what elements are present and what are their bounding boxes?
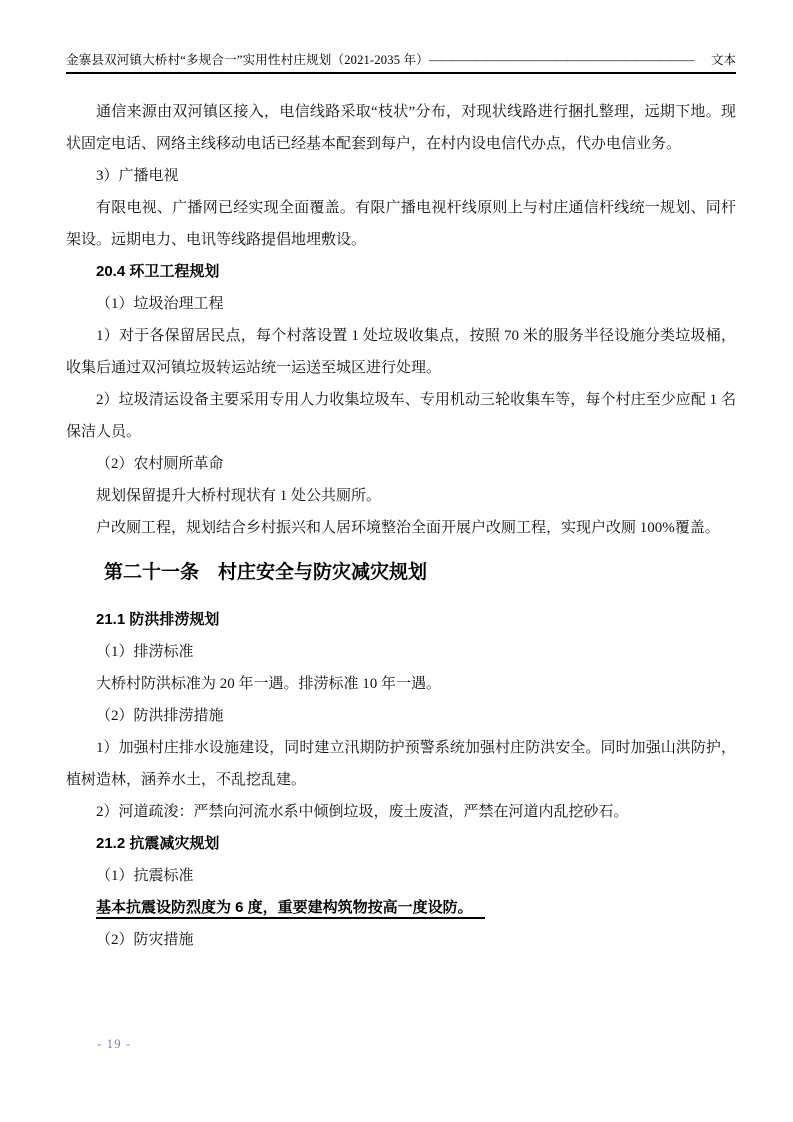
- chapter-heading-safety-disaster: 第二十一条 村庄安全与防灾减灾规划: [66, 557, 736, 589]
- document-body: 通信来源由双河镇区接入，电信线路采取“枝状”分布，对现状线路进行捆扎整理，远期下…: [66, 96, 736, 956]
- page-number: - 19 -: [97, 1036, 131, 1051]
- para-flood-measure-2: 2）河道疏浚：严禁向河流水系中倾倒垃圾，废土废渣，严禁在河道内乱挖砂石。: [66, 796, 736, 828]
- header-dash-rule: ———————————————————————: [429, 50, 711, 70]
- heading-earthquake-mitigation: 21.2 抗震减灾规划: [66, 828, 736, 860]
- para-toilet-revolution-label: （2）农村厕所革命: [66, 448, 736, 480]
- page-footer: - 19 -: [97, 1036, 131, 1052]
- page-header: 金寨县双河镇大桥村“多规合一”实用性村庄规划（2021-2035 年） ————…: [66, 50, 736, 74]
- para-garbage-treatment-label: （1）垃圾治理工程: [66, 288, 736, 320]
- para-broadcast-tv: 有限电视、广播网已经实现全面覆盖。有限广播电视杆线原则上与村庄通信杆线统一规划、…: [66, 192, 736, 256]
- para-broadcast-tv-label: 3）广播电视: [66, 160, 736, 192]
- para-disaster-measures-label: （2）防灾措施: [66, 924, 736, 956]
- para-garbage-collection: 1）对于各保留居民点，每个村落设置 1 处垃圾收集点，按照 70 米的服务半径设…: [66, 320, 736, 384]
- para-flood-standard: 大桥村防洪标准为 20 年一遇。排涝标准 10 年一遇。: [66, 668, 736, 700]
- seismic-fortification-underline: 基本抗震设防烈度为 6 度，重要建构筑物按高一度设防。: [96, 899, 485, 919]
- para-seismic-fortification: 基本抗震设防烈度为 6 度，重要建构筑物按高一度设防。: [66, 892, 736, 924]
- para-garbage-transport: 2）垃圾清运设备主要采用专用人力收集垃圾车、专用机动三轮收集车等，每个村庄至少应…: [66, 384, 736, 448]
- para-drainage-standard-label: （1）排涝标准: [66, 636, 736, 668]
- header-doc-type-label: 文本: [711, 50, 736, 70]
- para-public-toilet-status: 规划保留提升大桥村现状有 1 处公共厕所。: [66, 480, 736, 512]
- header-title: 金寨县双河镇大桥村“多规合一”实用性村庄规划（2021-2035 年）: [66, 50, 429, 70]
- heading-sanitation-planning: 20.4 环卫工程规划: [66, 256, 736, 288]
- para-flood-measure-1: 1）加强村庄排水设施建设，同时建立汛期防护预警系统加强村庄防洪安全。同时加强山洪…: [66, 732, 736, 796]
- para-seismic-standard-label: （1）抗震标准: [66, 860, 736, 892]
- para-communication: 通信来源由双河镇区接入，电信线路采取“枝状”分布，对现状线路进行捆扎整理，远期下…: [66, 96, 736, 160]
- para-household-toilet-project: 户改厕工程，规划结合乡村振兴和人居环境整治全面开展户改厕工程，实现户改厕 100…: [66, 512, 736, 544]
- heading-flood-control: 21.1 防洪排涝规划: [66, 604, 736, 636]
- para-flood-measures-label: （2）防洪排涝措施: [66, 700, 736, 732]
- document-page: 金寨县双河镇大桥村“多规合一”实用性村庄规划（2021-2035 年） ————…: [0, 0, 793, 1122]
